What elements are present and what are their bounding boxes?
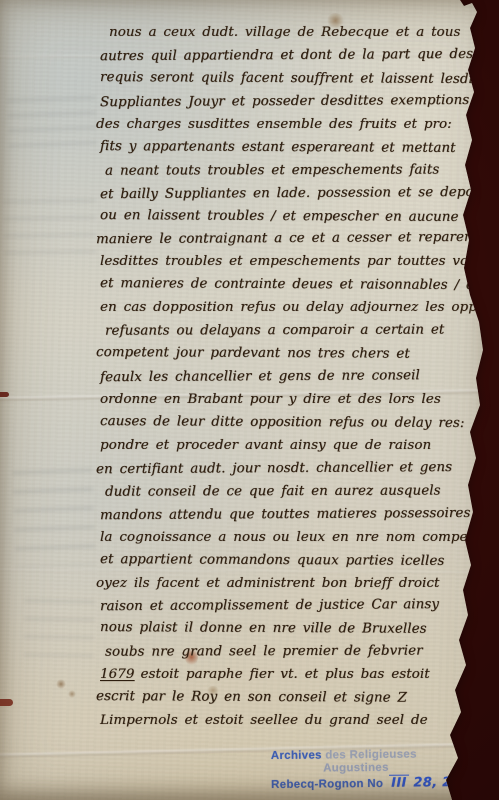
photo-background: nous a ceux dudt. village de Rebecque et… <box>0 0 499 800</box>
paper-wrap: nous a ceux dudt. village de Rebecque et… <box>0 0 499 800</box>
paper-vignette <box>0 0 499 800</box>
manuscript-paper: nous a ceux dudt. village de Rebecque et… <box>0 0 499 800</box>
